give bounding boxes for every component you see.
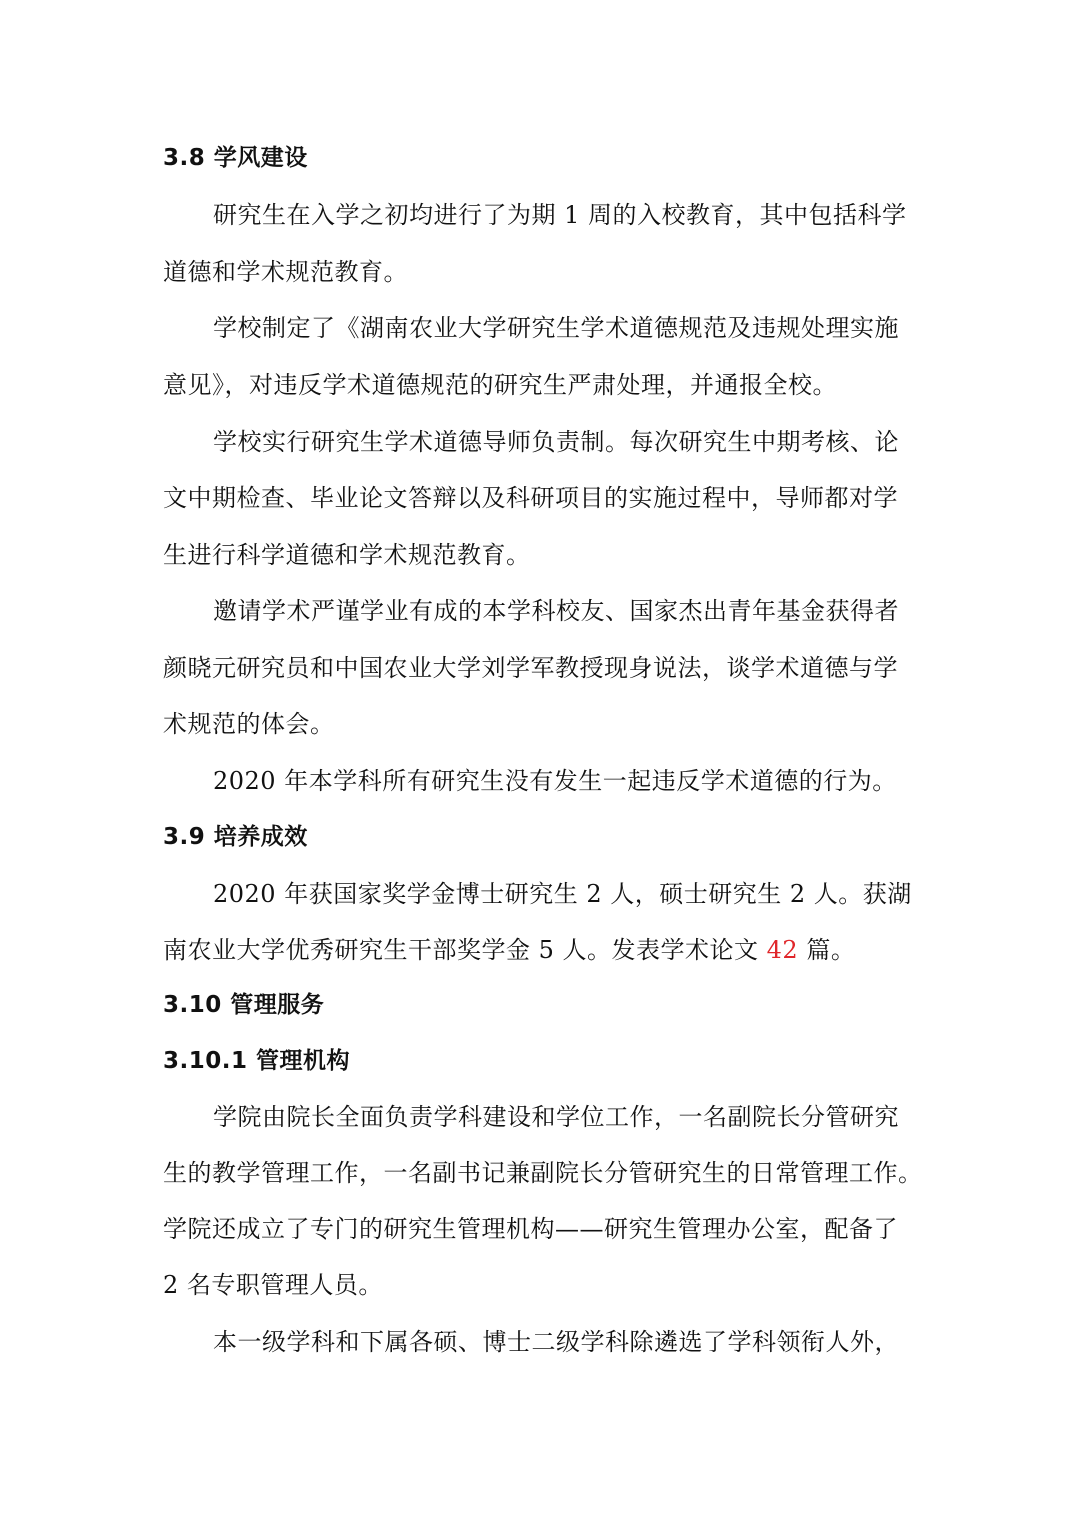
paragraph-line: 邀请学术严谨学业有成的本学科校友、国家杰出青年基金获得者	[163, 596, 899, 626]
paragraph-line: 2020 年获国家奖学金博士研究生 2 人，硕士研究生 2 人。获湖	[163, 879, 912, 909]
paragraph-line: 学院还成立了专门的研究生管理机构——研究生管理办公室，配备了	[163, 1214, 898, 1244]
paragraph-line: 文中期检查、毕业论文答辩以及科研项目的实施过程中，导师都对学	[163, 483, 898, 513]
section-heading-3-10-1: 3.10.1 管理机构	[163, 1046, 350, 1076]
paragraph-line: 术规范的体会。	[163, 709, 335, 739]
paragraph-line: 生的教学管理工作，一名副书记兼副院长分管研究生的日常管理工作。	[163, 1158, 923, 1188]
paragraph-line: 2020 年本学科所有研究生没有发生一起违反学术道德的行为。	[163, 766, 897, 796]
paragraph-line: 道德和学术规范教育。	[163, 257, 408, 287]
paragraph-line: 学校实行研究生学术道德导师负责制。每次研究生中期考核、论	[163, 427, 899, 457]
paragraph-line: 颜晓元研究员和中国农业大学刘学军教授现身说法，谈学术道德与学	[163, 653, 898, 683]
paragraph-line: 本一级学科和下属各硕、博士二级学科除遴选了学科领衔人外，	[163, 1327, 899, 1357]
paragraph-line: 意见》，对违反学术道德规范的研究生严肃处理，并通报全校。	[163, 370, 837, 400]
paragraph-text: 篇。	[798, 936, 855, 964]
section-heading-3-9: 3.9 培养成效	[163, 822, 308, 852]
paragraph-line: 南农业大学优秀研究生干部奖学金 5 人。发表学术论文 42 篇。	[163, 935, 855, 965]
paragraph-line: 研究生在入学之初均进行了为期 1 周的入校教育，其中包括科学	[163, 200, 907, 230]
section-heading-3-8: 3.8 学风建设	[163, 143, 308, 173]
paragraph-line: 生进行科学道德和学术规范教育。	[163, 540, 531, 570]
section-heading-3-10: 3.10 管理服务	[163, 990, 324, 1020]
paragraph-text: 南农业大学优秀研究生干部奖学金 5 人。发表学术论文	[163, 936, 767, 964]
paragraph-line: 学校制定了《湖南农业大学研究生学术道德规范及违规处理实施	[163, 313, 899, 343]
paragraph-line: 学院由院长全面负责学科建设和学位工作，一名副院长分管研究	[163, 1102, 899, 1132]
paragraph-line: 2 名专职管理人员。	[163, 1270, 383, 1300]
paper-count-highlight: 42	[767, 936, 799, 964]
